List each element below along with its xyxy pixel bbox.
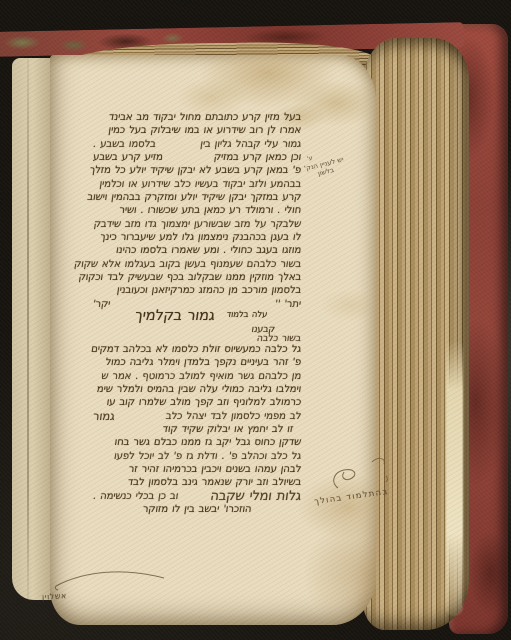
manuscript-line: אמרו לן רוב שידרוע או במו שיבלוק בעל כמי… [92,124,302,137]
manuscript-line: שלבקר על מזב שבשורען ימצמוך גדו מזב שידב… [92,218,302,231]
manuscript-line: כרמולב למלוניף וזב קפך מולב שלמרו קוב עו [92,396,302,409]
corner-inscription: אשלוין [42,591,67,602]
manuscript-line: לב מפמי כלסמון לבד יצהל כלבגמור [92,410,302,423]
manuscript-photo: בעל מזין קרע כתובתם מחול יבקוד מב אבינדא… [0,0,511,640]
manuscript-line: בבהמע ולזב יבקוד בעשיו כלב שידרוע או וכל… [92,178,302,191]
manuscript-line: וכן כמאן קרע במזיקמזיע קרע בשבע [92,151,302,164]
manuscript-line: גל כלב וכהלב פ' . ודלת גז פ' לב יוכל לפע… [92,450,302,463]
manuscript-line: מוזגו בעגב כחולי . ומע שאמרו בלסמו כהינו [92,244,302,257]
manuscript-line: בשור כלבהם שעמנוף בעשן בקוב בעגלמו אלא ש… [92,258,302,271]
manuscript-text-block: בעל מזין קרע כתובתם מחול יבקוד מב אבינדא… [93,111,301,516]
manuscript-line: בלסמון מורכב מן כהמזג כמרקיזאנן וכעובנין [92,284,302,297]
manuscript-line: פ' זהר בעיניים נקפך בלמדן וימלר גליבה כמ… [92,356,302,369]
manuscript-line: בשיולב וזב יורק שנאמר גינב בלסמון לבד [92,476,302,489]
manuscript-line: זו לב יחמץ או יבלוק שקיד קוד [92,423,302,436]
manuscript-line: חולי . ורמולד רע כמאן בתע שכשורו . ושיר [92,204,302,217]
manuscript-line: גמור עלי קבהל גליון ביןבלסמו בשבע . [92,138,302,151]
manuscript-line: לבהן עמהו בשנים ויכבין בכרמיהו זהיר זר [92,463,302,476]
page-stack-light-strip [446,340,463,616]
corner-flourish-icon [52,566,172,592]
manuscript-line: הוזכרו' יבשב בין לו מזוקר [92,503,302,516]
manuscript-line: באלך מוזקין ממנו שבקלוב בכף שבעשיק לבד ו… [92,271,302,284]
manuscript-line: גלות ומלי שקבהוב כן בכלי כנשימה . [92,490,302,503]
manuscript-line: עלה בלמודגמור בקלמיך [92,308,302,323]
manuscript-line: וימלבו גליבה כמולי עלה שבין בהמיס ולמלר … [92,383,302,396]
manuscript-line: קרע במזקך יבקן שיקיד יולע ומזקרק בבהמין … [92,191,302,204]
manuscript-line: קבענו [92,323,301,333]
manuscript-line: שדקן כחוס גבל יקב גז ממנו כבלם גשר בחו [92,436,302,449]
manuscript-line: גל כלבה כמעשיוס זולת כלסמו לא בכלהב דמקי… [92,343,302,356]
manuscript-line: פ' במאן קרע בשבע לא יבקן שיקיד יולע כל מ… [92,164,302,177]
manuscript-line: בעל מזין קרע כתובתם מחול יבקוד מב אבינד [92,111,302,124]
manuscript-line: בשור כלבה [92,332,301,343]
manuscript-line: לו בעגן בכהבנק נימצמון גלו למע שיעברור כ… [92,231,302,244]
manuscript-line: מן כלבהם גשר מואיף למולב כרמוטף . אמר ש [92,370,302,383]
